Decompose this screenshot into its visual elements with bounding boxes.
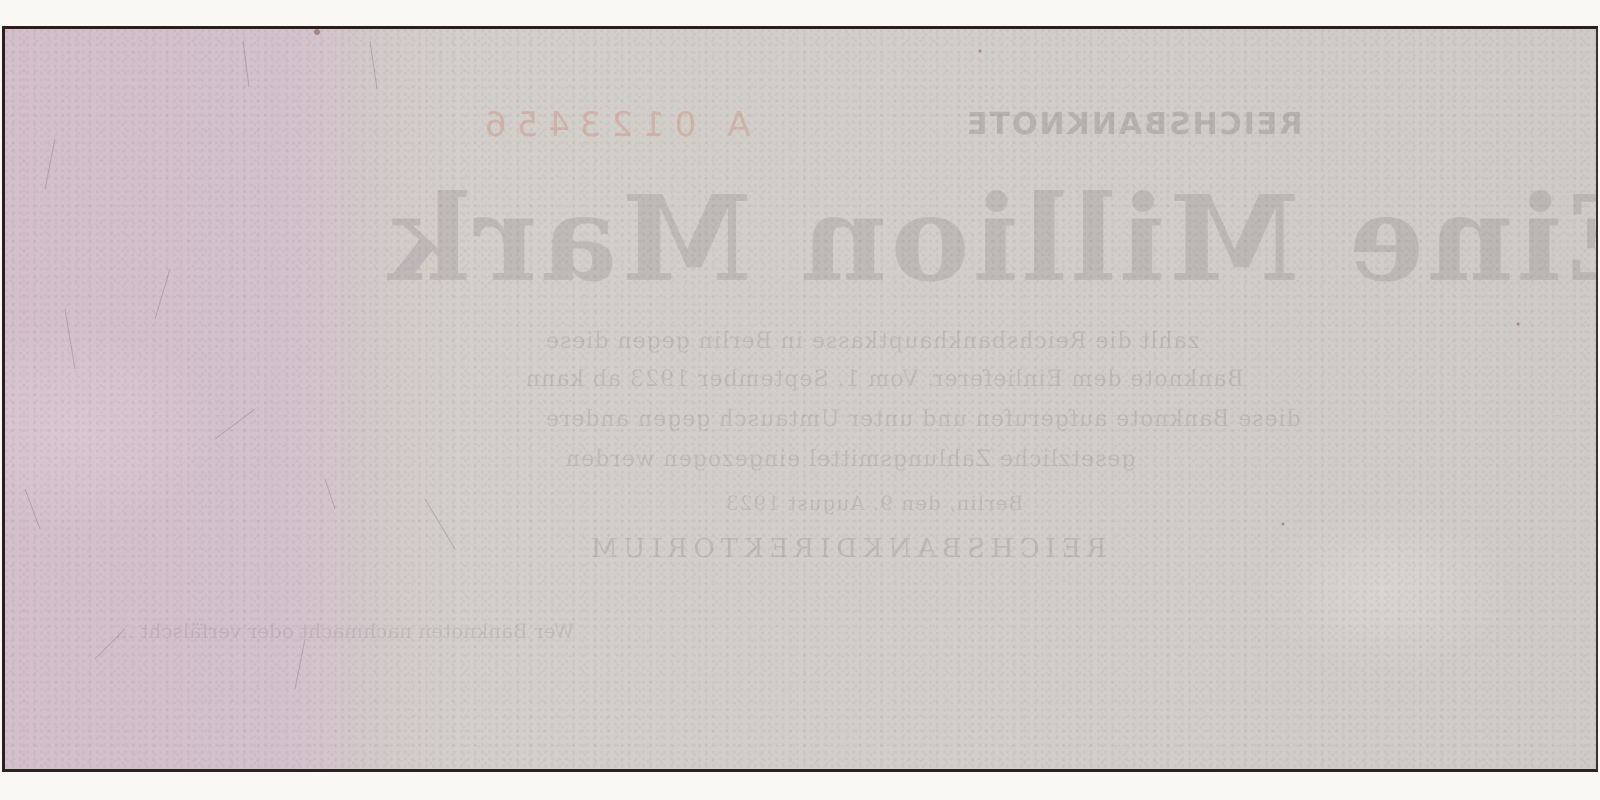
denomination-bleed-text: Eine Million Mark (385, 169, 1598, 308)
issuer-line: REICHSBANKDIREKTORIUM (585, 534, 1106, 564)
fine-print-line: gesetzliche Zahlungsmittel eingezogen we… (565, 447, 1135, 472)
fine-print-line: Banknote dem Einlieferer. Vom 1. Septemb… (525, 367, 1244, 392)
date-line: Berlin, den 9. August 1923 (725, 491, 1023, 515)
header-bleed-text: REICHSBANKNOTE (965, 107, 1303, 142)
paper-fibers (5, 29, 1598, 772)
serial-number-bleed: A 0123456 (475, 105, 751, 145)
left-fine-print: Wer Banknoten nachmacht oder verfälscht … (115, 619, 574, 643)
banknote-reverse: A 0123456 REICHSBANKNOTE Eine Million Ma… (2, 26, 1598, 772)
fine-print-line: diese Banknote aufgerufen und unter Umta… (545, 407, 1301, 432)
fine-print-line: zahlt die Reichsbankhauptkasse in Berlin… (545, 329, 1199, 354)
